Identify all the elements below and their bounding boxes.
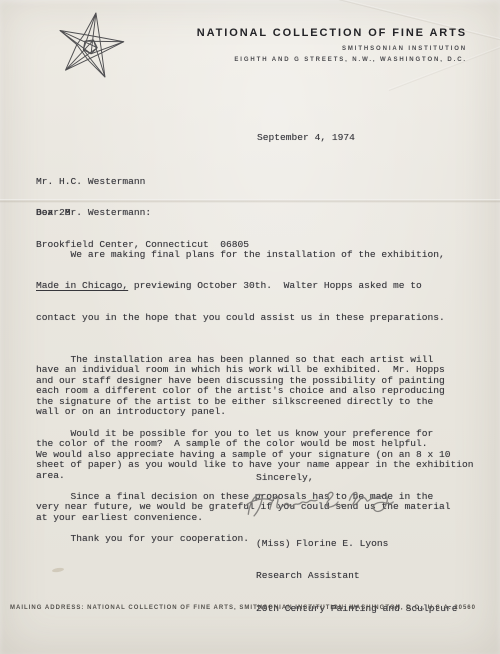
paragraph-line: We are making final plans for the instal… [36, 250, 488, 260]
signature-block: (Miss) Florine E. Lyons Research Assista… [256, 518, 458, 637]
scanned-letter-page: NATIONAL COLLECTION OF FINE ARTS SMITHSO… [0, 0, 500, 654]
signer-name: (Miss) Florine E. Lyons [256, 539, 458, 549]
paper-smudge [52, 567, 64, 573]
paragraph-line: contact you in the hope that you could a… [36, 313, 488, 323]
salutation: Dear Mr. Westermann: [36, 208, 151, 218]
body-paragraph-2: The installation area has been planned s… [36, 355, 488, 418]
letterhead-street-address: EIGHTH AND G STREETS, N.W., WASHINGTON, … [197, 57, 467, 63]
signer-title: Research Assistant [256, 571, 458, 581]
body-paragraph-1: We are making final plans for the instal… [36, 229, 488, 344]
letterhead: NATIONAL COLLECTION OF FINE ARTS SMITHSO… [197, 27, 467, 63]
mailing-address-footer: MAILING ADDRESS: NATIONAL COLLECTION OF … [10, 605, 496, 611]
letterhead-institution: SMITHSONIAN INSTITUTION [197, 46, 467, 52]
underlined-exhibition-title: Made in Chicago, [36, 280, 128, 291]
letter-date: September 4, 1974 [257, 133, 355, 143]
ncfa-wireframe-star-icon [50, 8, 130, 82]
recipient-name: Mr. H.C. Westermann [36, 177, 249, 187]
letterhead-title: NATIONAL COLLECTION OF FINE ARTS [197, 27, 467, 39]
paragraph-line-rest: previewing October 30th. Walter Hopps as… [128, 280, 422, 291]
paragraph-line: Made in Chicago, previewing October 30th… [36, 281, 488, 291]
